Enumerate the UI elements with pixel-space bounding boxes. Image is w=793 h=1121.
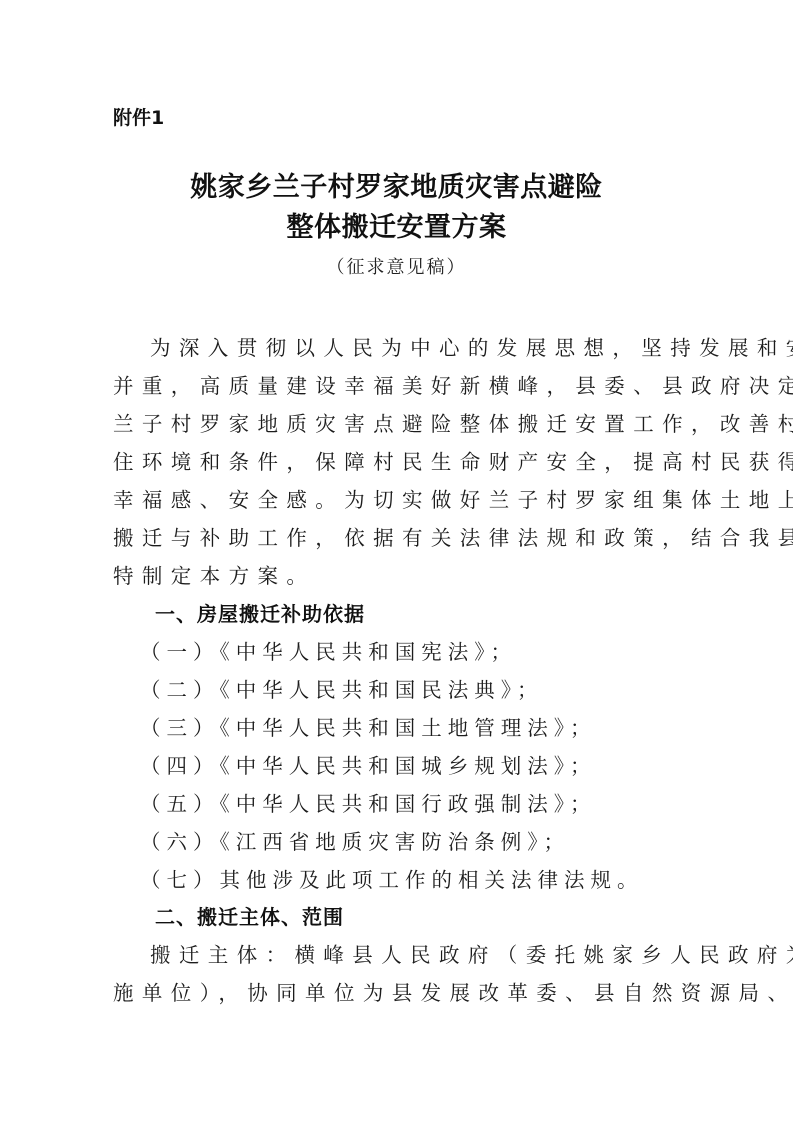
section-heading-2: 二、搬迁主体、范围 bbox=[155, 898, 344, 936]
paragraph-line: 特制定本方案。 bbox=[113, 557, 665, 595]
paragraph-line: 兰子村罗家地质灾害点避险整体搬迁安置工作，改善村民居 bbox=[113, 405, 665, 443]
intro-paragraph: 为深入贯彻以人民为中心的发展思想，坚持发展和安全 并重，高质量建设幸福美好新横峰… bbox=[113, 329, 665, 595]
list-item: （二）《中华人民共和国民法典》； bbox=[140, 671, 644, 709]
paragraph-line: 为深入贯彻以人民为中心的发展思想，坚持发展和安全 bbox=[113, 329, 665, 367]
paragraph-line: 住环境和条件，保障村民生命财产安全，提高村民获得感、 bbox=[113, 443, 665, 481]
list-item: （四）《中华人民共和国城乡规划法》； bbox=[140, 747, 644, 785]
list-item: （五）《中华人民共和国行政强制法》； bbox=[140, 785, 644, 823]
legal-basis-list: （一）《中华人民共和国宪法》； （二）《中华人民共和国民法典》； （三）《中华人… bbox=[140, 633, 644, 899]
document-title-line-1: 姚家乡兰子村罗家地质灾害点避险 bbox=[0, 168, 793, 208]
list-item: （六）《江西省地质灾害防治条例》； bbox=[140, 823, 644, 861]
document-page: 附件1 姚家乡兰子村罗家地质灾害点避险 整体搬迁安置方案 （征求意见稿） 为深入… bbox=[0, 0, 793, 1121]
paragraph-line: 幸福感、安全感。为切实做好兰子村罗家组集体土地上房屋 bbox=[113, 481, 665, 519]
list-item: （一）《中华人民共和国宪法》； bbox=[140, 633, 644, 671]
paragraph-line: 施单位），协同单位为县发展改革委、县自然资源局、县财 bbox=[113, 974, 665, 1012]
attachment-label: 附件1 bbox=[113, 104, 164, 132]
section-2-paragraph: 搬迁主体：横峰县人民政府（委托姚家乡人民政府为实 施单位），协同单位为县发展改革… bbox=[113, 936, 665, 1012]
paragraph-line: 并重，高质量建设幸福美好新横峰，县委、县政府决定开展 bbox=[113, 367, 665, 405]
paragraph-line: 搬迁主体：横峰县人民政府（委托姚家乡人民政府为实 bbox=[113, 936, 665, 974]
list-item: （七）其他涉及此项工作的相关法律法规。 bbox=[140, 861, 644, 899]
section-heading-1: 一、房屋搬迁补助依据 bbox=[155, 595, 365, 633]
document-title-line-2: 整体搬迁安置方案 bbox=[0, 208, 793, 248]
list-item: （三）《中华人民共和国土地管理法》； bbox=[140, 709, 644, 747]
paragraph-line: 搬迁与补助工作，依据有关法律法规和政策，结合我县实际， bbox=[113, 519, 665, 557]
document-subtitle: （征求意见稿） bbox=[0, 254, 793, 282]
